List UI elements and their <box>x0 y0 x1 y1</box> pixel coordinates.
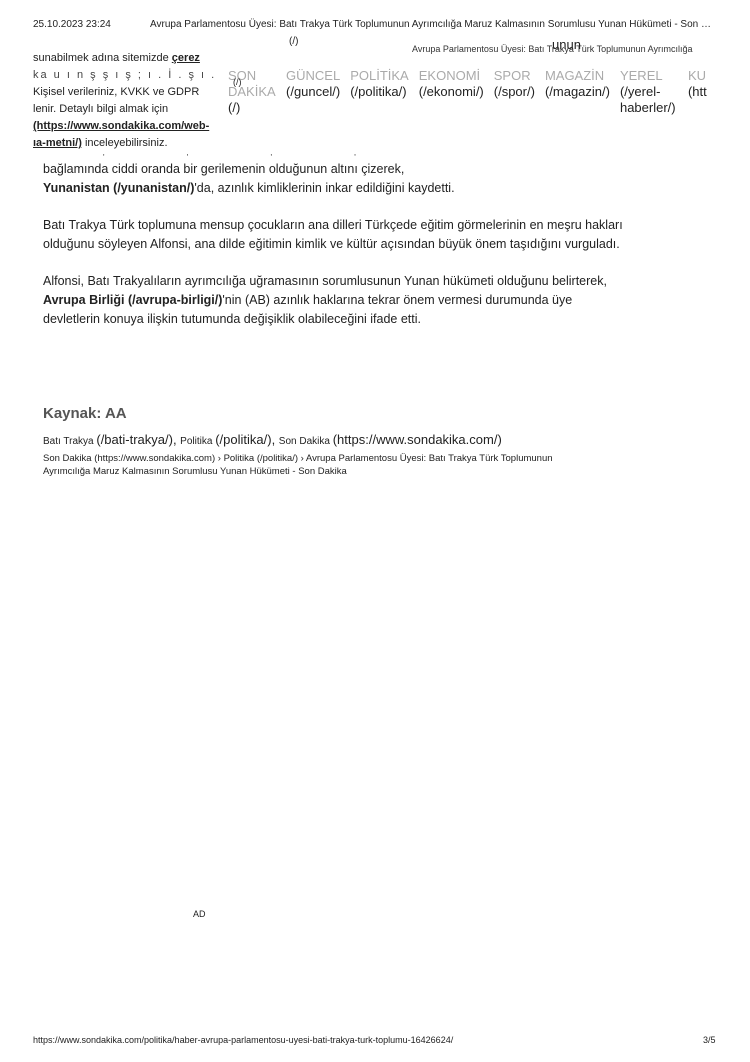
nav-overlap-text: (/) <box>233 77 242 87</box>
print-date: 25.10.2023 23:24 <box>33 19 111 30</box>
nav-label: SPOR <box>494 68 535 84</box>
sticky-article-title: Avrupa Parlamentosu Üyesi: Batı Trakya T… <box>412 44 746 54</box>
tag-bati-trakya[interactable]: Batı Trakya (/bati-trakya/) <box>43 436 173 447</box>
tag-url: (/bati-trakya/) <box>96 432 173 447</box>
print-page-number: 3/5 <box>703 1035 716 1045</box>
main-nav: SON DAKİKA (/) GÜNCEL (/guncel/) POLİTİK… <box>228 68 717 116</box>
nav-url: (/magazin/) <box>545 84 610 100</box>
nav-label: YEREL <box>620 68 678 84</box>
nav-item-yerel[interactable]: YEREL (/yerel-haberler/) <box>620 68 678 116</box>
cookie-text: Kişisel verileriniz, KVKK ve GDPR <box>33 84 233 101</box>
nav-label: MAGAZİN <box>545 68 610 84</box>
nav-url: (/ekonomi/) <box>419 84 484 100</box>
nav-item-ekonomi[interactable]: EKONOMİ (/ekonomi/) <box>419 68 484 116</box>
tag-url: (https://www.sondakika.com/) <box>333 432 502 447</box>
nav-url: (/politika/) <box>350 84 409 100</box>
paragraph-text: Alfonsi, Batı Trakyalıların ayrımcılığa … <box>43 274 607 288</box>
home-link[interactable]: (/) <box>289 36 298 47</box>
print-footer-url: https://www.sondakika.com/politika/haber… <box>33 1035 453 1045</box>
paragraph-text: bağlamında ciddi oranda bir gerilemenin … <box>43 162 404 176</box>
nav-url: (/spor/) <box>494 84 535 100</box>
article-paragraph: Alfonsi, Batı Trakyalıların ayrımcılığa … <box>43 272 623 329</box>
nav-item-politika[interactable]: POLİTİKA (/politika/) <box>350 68 409 116</box>
nav-item-ku[interactable]: KU (htt <box>688 68 707 116</box>
tag-list: Batı Trakya (/bati-trakya/), Politika (/… <box>43 432 502 447</box>
cookie-garbled-line: ka u ı n ş ş ı ş ; ı . İ . ş ı . <box>33 67 233 84</box>
nav-url: (htt <box>688 84 707 100</box>
tag-politika[interactable]: Politika (/politika/) <box>180 436 271 447</box>
breadcrumb[interactable]: Son Dakika (https://www.sondakika.com) ›… <box>43 452 563 478</box>
nav-label: POLİTİKA <box>350 68 409 84</box>
nav-label: EKONOMİ <box>419 68 484 84</box>
paragraph-text: 'da, azınlık kimliklerinin inkar edildiğ… <box>194 181 454 195</box>
clipped-text-remnant: ' ' ' ' <box>43 148 623 158</box>
nav-item-son-dakika[interactable]: SON DAKİKA (/) <box>228 68 276 116</box>
cookie-notice: sunabilmek adına sitemizde çerez ka u ı … <box>33 50 233 152</box>
print-title: Avrupa Parlamentosu Üyesi: Batı Trakya T… <box>150 19 711 30</box>
tag-label: Politika <box>180 436 212 447</box>
article-body: ' ' ' ' bağlamında ciddi oranda bir geri… <box>43 148 623 347</box>
nav-item-spor[interactable]: SPOR (/spor/) <box>494 68 535 116</box>
nav-url: (/yerel-haberler/) <box>620 84 678 116</box>
article-paragraph: bağlamında ciddi oranda bir gerilemenin … <box>43 160 623 198</box>
tag-label: Batı Trakya <box>43 436 94 447</box>
ad-label: AD <box>193 909 206 919</box>
article-source: Kaynak: AA <box>43 405 127 422</box>
yunanistan-link[interactable]: Yunanistan (/yunanistan/) <box>43 181 194 195</box>
nav-label: GÜNCEL <box>286 68 340 84</box>
article-paragraph: Batı Trakya Türk toplumuna mensup çocukl… <box>43 216 623 254</box>
tag-url: (/politika/) <box>215 432 271 447</box>
tag-label: Son Dakika <box>279 436 330 447</box>
tag-son-dakika[interactable]: Son Dakika (https://www.sondakika.com/) <box>279 436 502 447</box>
cookie-text: sunabilmek adına sitemizde <box>33 52 172 64</box>
nav-label: KU <box>688 68 707 84</box>
nav-url: (/guncel/) <box>286 84 340 100</box>
avrupa-birligi-link[interactable]: Avrupa Birliği (/avrupa-birligi/) <box>43 293 222 307</box>
cookie-policy-link[interactable]: çerez <box>172 52 200 64</box>
nav-item-guncel[interactable]: GÜNCEL (/guncel/) <box>286 68 340 116</box>
privacy-link[interactable]: (https://www.sondakika.com/web- <box>33 120 209 132</box>
cookie-text: lenir. Detaylı bilgi almak için <box>33 101 233 118</box>
nav-item-magazin[interactable]: MAGAZİN (/magazin/) <box>545 68 610 116</box>
nav-url: (/) <box>228 100 276 116</box>
